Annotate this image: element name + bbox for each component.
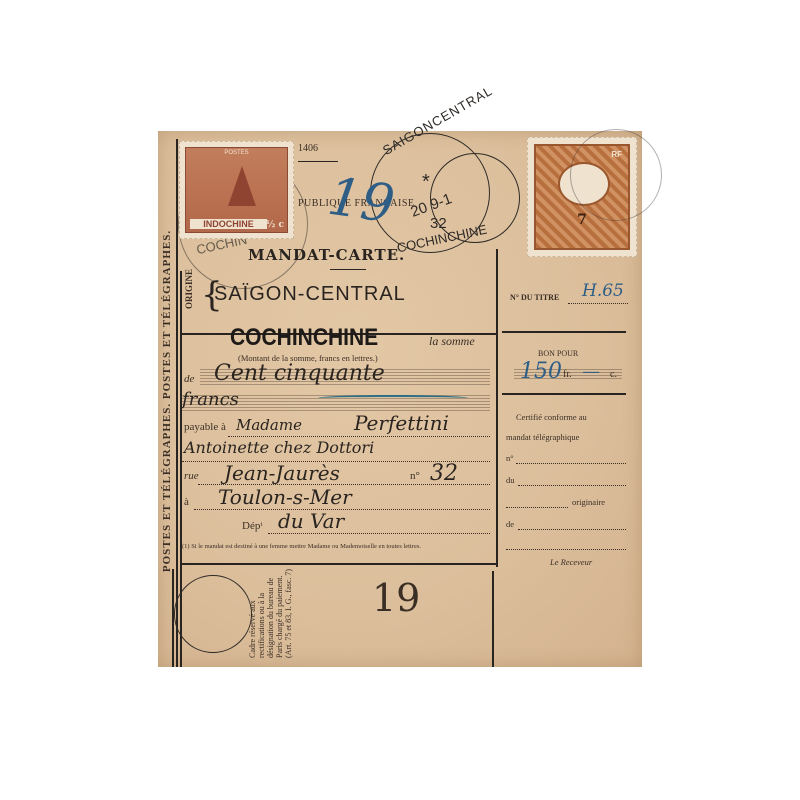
payee-city: Toulon-s-Mer — [218, 485, 352, 509]
bottom-box-text: Cadre réservé aux rectifications ou à la… — [248, 568, 293, 658]
amount-prefix: de — [184, 373, 194, 385]
number-label: n° — [410, 470, 420, 482]
amount-fill-stroke — [318, 395, 468, 401]
side-strip-text: POSTES ET TÉLÉGRAPHES. POSTES ET TÉLÉGRA… — [161, 230, 173, 572]
certif-line2: mandat télégraphique — [506, 432, 579, 442]
amount-currency: francs — [182, 389, 239, 410]
pencil-annotation: 19 — [372, 576, 420, 620]
titre-dotted-line — [568, 303, 628, 304]
right-divider-1 — [502, 331, 626, 333]
header-rule — [298, 161, 338, 162]
bon-pour-value: 150 — [520, 359, 562, 384]
payee-line2: Antoinette chez Dottori — [184, 438, 374, 457]
lower-divider — [180, 563, 498, 565]
stamp-country: INDOCHINE — [190, 219, 267, 229]
title-ornament — [330, 269, 366, 270]
certif-no-dotted — [516, 463, 626, 464]
payee-dotted-line — [228, 436, 490, 437]
certif-originaire-dotted — [506, 507, 568, 508]
certif-du-dotted — [518, 485, 626, 486]
certif-de-dotted — [518, 529, 626, 530]
stamp-header: POSTES — [186, 150, 287, 156]
origin-label: ORIGINE — [184, 269, 194, 309]
c-label: c. — [610, 369, 617, 380]
origin-region: COCHINCHINE — [230, 324, 378, 352]
city-label: à — [184, 496, 189, 508]
postmark-faint-right — [570, 129, 662, 221]
form-number: 1406 — [298, 143, 318, 154]
titre-label: N° DU TITRE — [510, 293, 559, 302]
bottom-circle — [174, 575, 252, 653]
payee-street: Jean-Jaurès — [224, 461, 340, 485]
bon-pour-label: BON POUR — [538, 349, 578, 358]
dept-dotted-line — [268, 533, 490, 534]
footnote: (1) Si le mandat est destiné à une femme… — [182, 542, 492, 551]
origin-office: SAÏGON-CENTRAL — [214, 283, 406, 306]
payee-number: 32 — [430, 461, 458, 486]
bottom-box-right — [492, 571, 494, 667]
fr-label: fr. — [563, 369, 572, 380]
main-box-right — [496, 249, 498, 567]
right-divider-2 — [502, 393, 626, 395]
payee-title: Madame — [236, 416, 302, 434]
junk-sail-icon — [228, 166, 256, 206]
receveur-label: Le Receveur — [550, 557, 592, 567]
dept-label: Dépᵗ — [242, 520, 262, 532]
blue-annotation: 19 — [324, 167, 398, 236]
payee-label: payable à — [184, 421, 226, 433]
certif-no-label: n° — [506, 453, 514, 463]
stamp-value: ½ c — [266, 220, 284, 230]
money-order-card: POSTES ET TÉLÉGRAPHES. POSTES ET TÉLÉGRA… — [158, 131, 642, 667]
payee-dept: du Var — [278, 509, 344, 533]
titre-value: H.65 — [582, 281, 624, 301]
stamp-indochine: POSTES INDOCHINE ½ c — [179, 141, 294, 239]
amount-label: la somme — [429, 334, 475, 349]
payee-name: Perfettini — [354, 411, 449, 435]
page-title: MANDAT-CARTE. — [248, 246, 405, 264]
certif-extra-dotted — [506, 549, 626, 550]
certif-de-label: de — [506, 519, 514, 529]
certif-du-label: du — [506, 475, 515, 485]
certif-line1: Certifié conforme au — [516, 412, 587, 422]
street-label: rue — [184, 470, 199, 482]
amount-words: Cent cinquante — [214, 361, 385, 386]
postmark-star: * — [422, 171, 430, 194]
certif-originaire-label: originaire — [572, 497, 605, 507]
fr-cents: — — [582, 361, 600, 382]
